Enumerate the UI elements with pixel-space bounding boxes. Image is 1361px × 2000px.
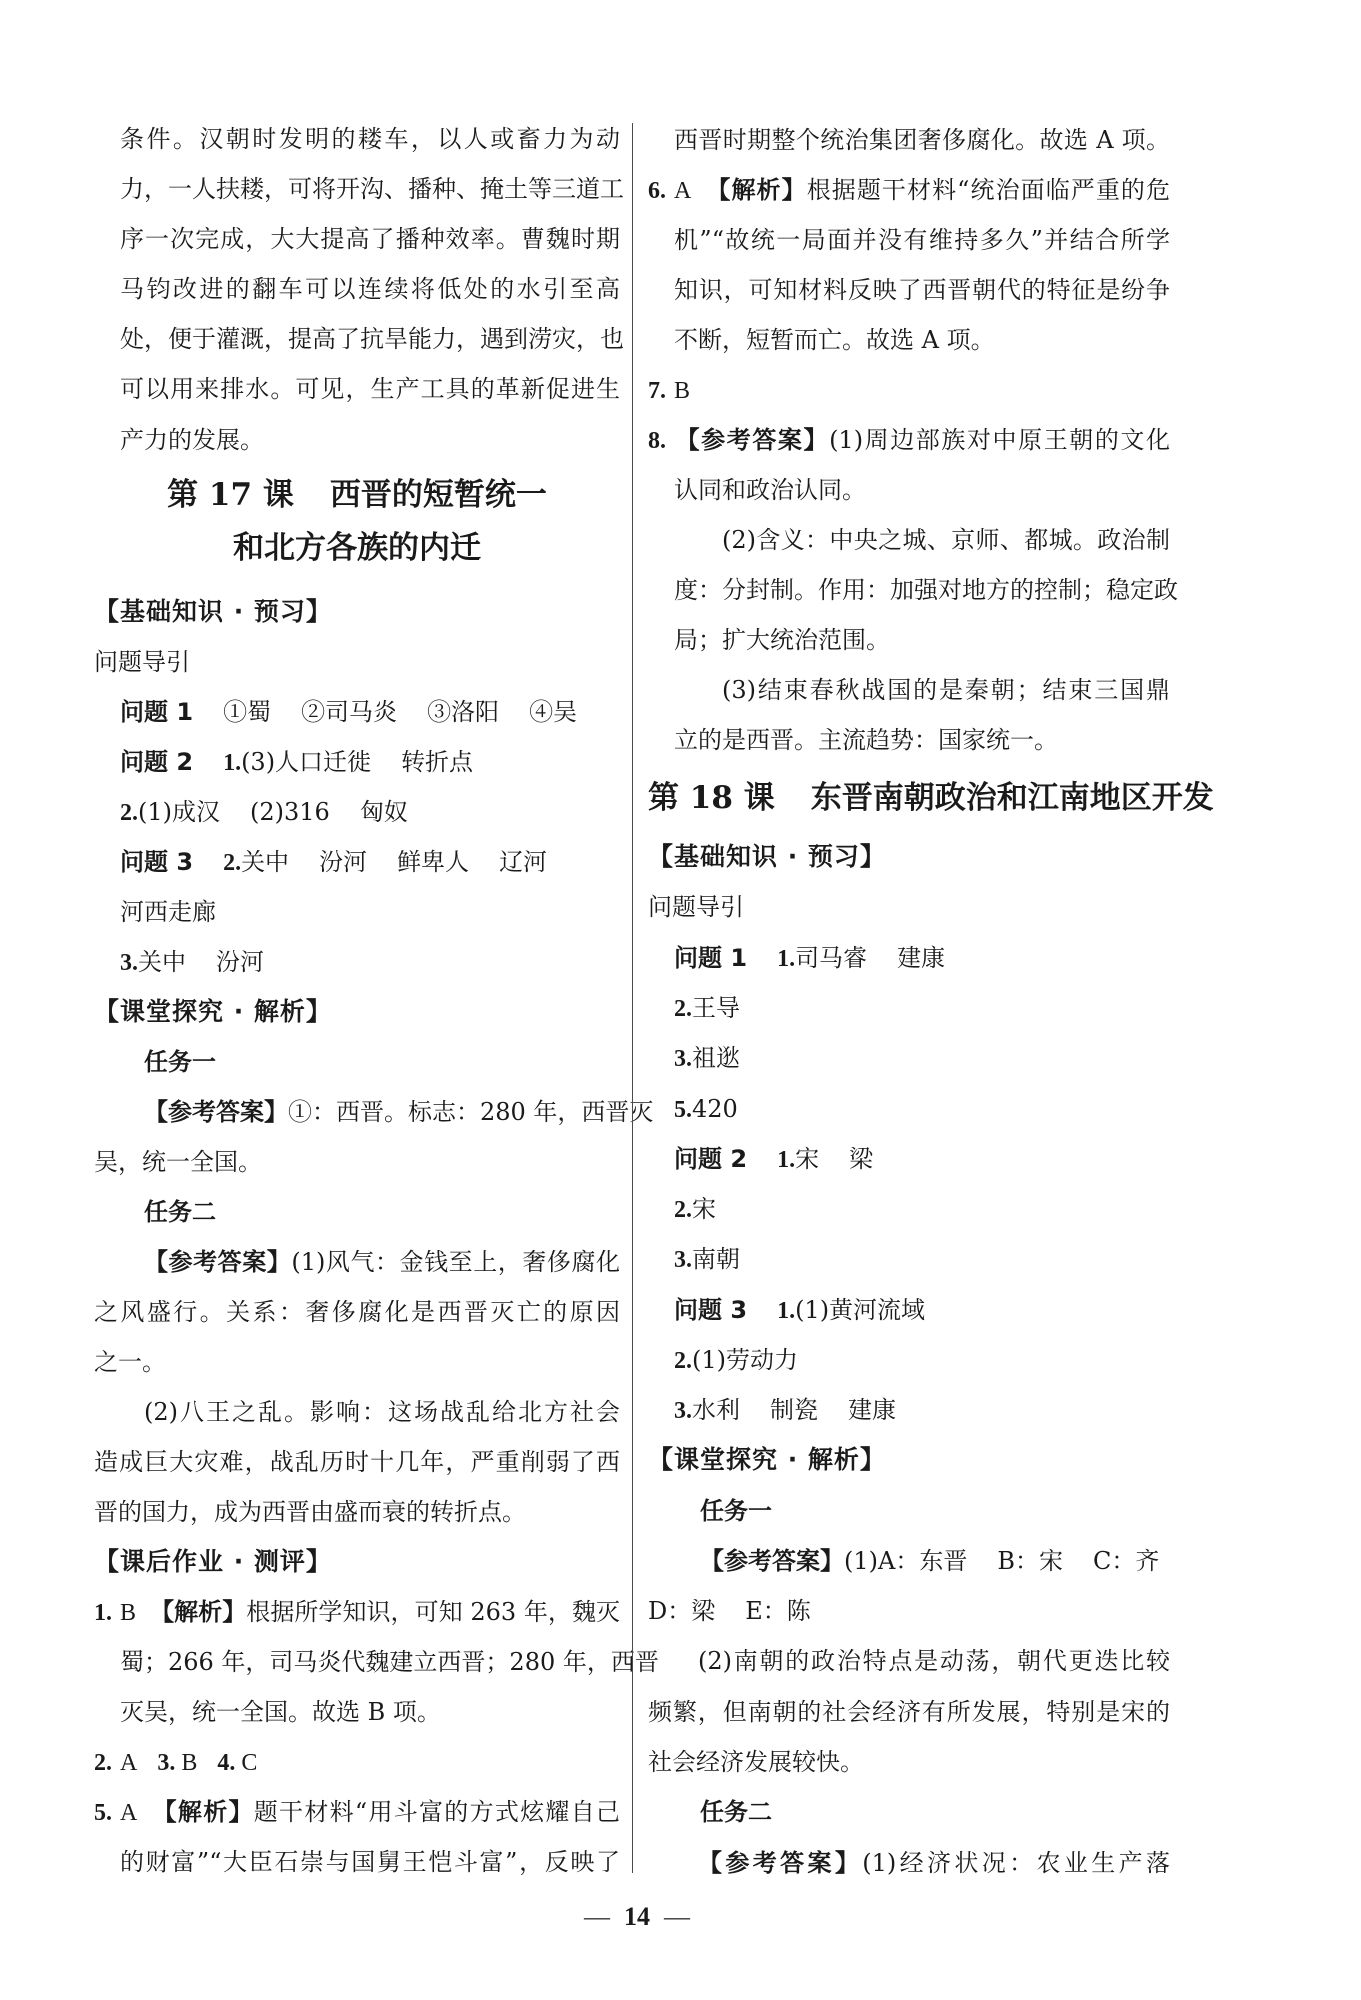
answer-item: 建康: [848, 1396, 896, 1424]
analysis-text: 题干材料“用斗富的方式炫耀自己: [254, 1798, 620, 1826]
answer-item: E：陈: [745, 1597, 811, 1625]
item-number: 2.: [674, 996, 692, 1022]
item-number: 3.: [674, 1247, 692, 1273]
question-2-line-2: 2.(1)成汉(2)316匈奴: [120, 787, 620, 837]
answer-item: ③洛阳: [427, 698, 499, 726]
item-number: 3.: [157, 1750, 175, 1776]
item-text: (1)劳动力: [692, 1346, 798, 1374]
homework-q6-line: 6.A【解析】根据题干材料“统治面临严重的危: [648, 165, 1170, 215]
analysis-text: 根据所学知识，可知 263 年，魏灭: [246, 1598, 620, 1626]
task-2-answer-line: 之风盛行。关系：奢侈腐化是西晋灭亡的原因: [94, 1287, 620, 1337]
question-1-line-2: 2.王导: [674, 983, 1170, 1033]
task-2-answer-line: 【参考答案】(1)经济状况：农业生产落: [648, 1838, 1170, 1888]
answer-item: 建康: [897, 944, 945, 972]
answer-tag: 【参考答案】: [700, 1547, 844, 1575]
homework-q8-line: 8.【参考答案】(1)周边部族对中原王朝的文化: [648, 415, 1170, 465]
item-text: 司马睿: [795, 944, 867, 972]
homework-q5-line: 的财富”“大臣石崇与国舅王恺斗富”，反映了: [120, 1837, 620, 1887]
answer-item: 3.水利: [674, 1396, 740, 1424]
lesson-17-title-line2: 和北方各族的内迁: [94, 523, 620, 573]
question-3-line: 问题 31.(1)黄河流域: [674, 1285, 1170, 1335]
question-2-line-2: 2.宋: [674, 1184, 1170, 1234]
answer-choice: C: [241, 1750, 257, 1776]
homework-q8-line: 立的是西晋。主流趋势：国家统一。: [674, 715, 1170, 765]
analysis-tag: 【解析】: [705, 176, 806, 204]
answer-item: ①蜀: [223, 698, 271, 726]
lesson-title-text: 东晋南朝政治和江南地区开发: [811, 780, 1214, 816]
task-1-label: 任务一: [144, 1037, 620, 1087]
item-number: 3.: [674, 1398, 692, 1424]
answer-choice: B: [120, 1600, 136, 1626]
question-guide-label: 问题导引: [648, 882, 1170, 932]
task-2-label: 任务二: [700, 1787, 1170, 1837]
answer-item: D：梁: [648, 1597, 715, 1625]
answer-text: ①：西晋。标志：280 年，西晋灭: [288, 1098, 653, 1126]
task-2-answer-line: 【参考答案】(1)风气：金钱至上，奢侈腐化: [94, 1237, 620, 1287]
lesson-title-text: 西晋的短暂统一: [330, 477, 547, 513]
question-2-line-3: 3.南朝: [674, 1234, 1170, 1284]
task-2-label: 任务二: [144, 1187, 620, 1237]
item-number: 4.: [217, 1750, 235, 1776]
answer-item: 汾河: [216, 948, 264, 976]
homework-q2-4-line: 2.A3.B4.C: [94, 1737, 620, 1787]
item-number: 2.: [674, 1348, 692, 1374]
task-1-answer-line: 【参考答案】①：西晋。标志：280 年，西晋灭: [94, 1087, 620, 1137]
item-number: 2.: [120, 800, 138, 826]
analysis-tag: 【解析】: [151, 1798, 253, 1826]
page-number-dash-right: —: [664, 1902, 690, 1931]
answer-item: (1)A：东晋: [844, 1547, 967, 1575]
answer-item: C：齐: [1093, 1547, 1159, 1575]
item-number: 8.: [648, 416, 674, 466]
column-divider: [632, 123, 633, 1873]
continuation-line: 序一次完成，大大提高了播种效率。曹魏时期: [120, 214, 620, 264]
task-2-answer-line: 之一。: [94, 1337, 620, 1387]
task-2-answer-line: 晋的国力，成为西晋由盛而衰的转折点。: [94, 1487, 620, 1537]
answer-tag: 【参考答案】: [698, 1849, 862, 1877]
answer-text: (1)周边部族对中原王朝的文化: [829, 426, 1170, 454]
homework-q1-line: 灭吴，统一全国。故选 B 项。: [120, 1687, 620, 1737]
homework-q8-line: (2)含义：中央之城、京师、都城。政治制: [674, 515, 1170, 565]
task-1-answer-line: D：梁E：陈: [648, 1586, 1170, 1636]
answer-choice: B: [181, 1750, 197, 1776]
task-2-answer-line: (2)八王之乱。影响：这场战乱给北方社会: [94, 1387, 620, 1437]
question-3-line-2: 2.(1)劳动力: [674, 1335, 1170, 1385]
continuation-line: 产力的发展。: [120, 415, 620, 465]
item-text: (3)人口迁徙: [241, 748, 371, 776]
item-number: 2.: [223, 850, 241, 876]
answer-item: (2)316: [250, 798, 330, 826]
answer-item: 1.(3)人口迁徙: [223, 748, 371, 776]
item-number: 7.: [648, 366, 674, 416]
item-number: 3.: [120, 950, 138, 976]
answer-choice: B: [674, 378, 690, 404]
page-number: —14—: [537, 1895, 737, 1939]
task-1-answer-line: (2)南朝的政治特点是动荡，朝代更迭比较: [648, 1636, 1170, 1686]
task-2-answer-line: 造成巨大灾难，战乱历时十几年，严重削弱了西: [94, 1437, 620, 1487]
homework-q8-line: 认同和政治认同。: [674, 465, 1170, 515]
analysis-tag: 【解析】: [150, 1598, 246, 1626]
item-text: 宋: [795, 1145, 819, 1173]
answer-item: 1.司马睿: [777, 944, 867, 972]
continuation-line: 处，便于灌溉，提高了抗旱能力，遇到涝灾，也: [120, 314, 620, 364]
continuation-line: 可以用来排水。可见，生产工具的革新促进生: [120, 364, 620, 414]
item-number: 3.: [674, 1046, 692, 1072]
continuation-line: 力，一人扶耧，可将开沟、播种、掩土等三道工: [120, 164, 620, 214]
task-1-answer-line: 频繁，但南朝的社会经济有所发展，特别是宋的: [648, 1687, 1170, 1737]
item-number: 1.: [777, 1147, 795, 1173]
question-2-line: 问题 21.宋梁: [674, 1134, 1170, 1184]
homework-q5-line: 5.A【解析】题干材料“用斗富的方式炫耀自己: [94, 1787, 620, 1837]
question-3-line: 问题 32.关中汾河鲜卑人辽河: [120, 837, 620, 887]
lesson-number: 第 17 课: [167, 477, 294, 513]
lesson-number: 第 18 课: [648, 780, 775, 816]
question-3-line-3: 3.关中汾河: [120, 937, 620, 987]
homework-q8-line: (3)结束春秋战国的是秦朝；结束三国鼎: [674, 665, 1170, 715]
item-text: 王导: [692, 994, 740, 1022]
question-1-line-3: 3.祖逖: [674, 1033, 1170, 1083]
answer-key-page: 条件。汉朝时发明的耧车，以人或畜力为动 力，一人扶耧，可将开沟、播种、掩土等三道…: [0, 0, 1361, 2000]
page-number-value: 14: [624, 1902, 650, 1931]
item-text: (1)黄河流域: [795, 1296, 925, 1324]
answer-item: 制瓷: [770, 1396, 818, 1424]
answer-item: 汾河: [319, 848, 367, 876]
answer-text: (1)经济状况：农业生产落: [862, 1849, 1170, 1877]
question-3-line-2: 河西走廊: [120, 887, 620, 937]
question-label: 问题 3: [674, 1296, 747, 1324]
question-1-line: 问题 1①蜀②司马炎③洛阳④吴: [120, 687, 620, 737]
item-number: 5.: [674, 1097, 692, 1123]
page-number-dash-left: —: [584, 1902, 610, 1931]
answer-tag: 【参考答案】: [674, 426, 829, 454]
item-text: 420: [692, 1095, 738, 1123]
homework-q5-continuation: 西晋时期整个统治集团奢侈腐化。故选 A 项。: [674, 115, 1170, 165]
item-number: 5.: [94, 1788, 120, 1838]
task-1-answer-line: 社会经济发展较快。: [648, 1737, 1170, 1787]
lesson-17-title: 第 17 课西晋的短暂统一: [94, 470, 620, 520]
question-label: 问题 1: [120, 698, 193, 726]
item-text: 水利: [692, 1396, 740, 1424]
homework-q6-line: 不断，短暂而亡。故选 A 项。: [674, 315, 1170, 365]
item-number: 2.: [94, 1738, 120, 1788]
answer-item: 1.宋: [777, 1145, 819, 1173]
answer-choice: A: [120, 1750, 137, 1776]
item-text: 祖逖: [692, 1044, 740, 1072]
homework-q6-line: 知识，可知材料反映了西晋朝代的特征是纷争: [674, 265, 1170, 315]
question-label: 问题 1: [674, 944, 747, 972]
answer-text: (1)风气：金钱至上，奢侈腐化: [291, 1248, 620, 1276]
analysis-text: 根据题干材料“统治面临严重的危: [807, 176, 1170, 204]
continuation-line: 条件。汉朝时发明的耧车，以人或畜力为动: [120, 114, 620, 164]
lesson-18-title: 第 18 课东晋南朝政治和江南地区开发: [648, 773, 1170, 823]
section-heading-homework: 【课后作业 · 测评】: [94, 1537, 620, 1587]
answer-tag: 【参考答案】: [144, 1248, 291, 1276]
item-text: 南朝: [692, 1245, 740, 1273]
question-2-line: 问题 21.(3)人口迁徙转折点: [120, 737, 620, 787]
homework-q8-line: 度：分封制。作用：加强对地方的控制；稳定政: [674, 565, 1170, 615]
answer-choice: A: [674, 178, 691, 204]
question-label: 问题 2: [674, 1145, 747, 1173]
homework-q1-line: 蜀；266 年，司马炎代魏建立西晋；280 年，西晋: [120, 1637, 620, 1687]
answer-item: ②司马炎: [301, 698, 397, 726]
item-number: 1.: [777, 1298, 795, 1324]
item-number: 2.: [674, 1197, 692, 1223]
question-1-line-4: 5.420: [674, 1084, 1170, 1134]
question-label: 问题 2: [120, 748, 193, 776]
item-text: 关中: [138, 948, 186, 976]
question-label: 问题 3: [120, 848, 193, 876]
item-number: 1.: [777, 946, 795, 972]
answer-item: 3.关中: [120, 948, 186, 976]
section-heading-preview: 【基础知识 · 预习】: [94, 587, 620, 637]
answer-item: 辽河: [499, 848, 547, 876]
item-text: 关中: [241, 848, 289, 876]
homework-q6-line: 机”“故统一局面并没有维持多久”并结合所学: [674, 215, 1170, 265]
section-heading-classroom: 【课堂探究 · 解析】: [94, 987, 620, 1037]
task-1-label: 任务一: [700, 1486, 1170, 1536]
task-1-answer-line: 【参考答案】(1)A：东晋B：宋C：齐: [700, 1536, 1170, 1586]
question-1-line: 问题 11.司马睿建康: [674, 933, 1170, 983]
homework-q8-line: 局；扩大统治范围。: [674, 615, 1170, 665]
item-number: 6.: [648, 166, 674, 216]
answer-item: ④吴: [529, 698, 577, 726]
item-text: (1)成汉: [138, 798, 220, 826]
question-3-line-3: 3.水利制瓷建康: [674, 1385, 1170, 1435]
item-number: 1.: [94, 1588, 120, 1638]
answer-item: 梁: [849, 1145, 873, 1173]
answer-choice: A: [120, 1800, 137, 1826]
answer-item: 鲜卑人: [397, 848, 469, 876]
homework-q7-line: 7.B: [648, 365, 1170, 415]
section-heading-classroom: 【课堂探究 · 解析】: [648, 1435, 1170, 1485]
answer-item: 转折点: [401, 748, 473, 776]
section-heading-preview: 【基础知识 · 预习】: [648, 832, 1170, 882]
answer-tag: 【参考答案】: [144, 1098, 288, 1126]
item-text: 宋: [692, 1195, 716, 1223]
answer-item: 2.关中: [223, 848, 289, 876]
continuation-line: 马钧改进的翻车可以连续将低处的水引至高: [120, 264, 620, 314]
task-1-answer-line: 吴，统一全国。: [94, 1137, 620, 1187]
homework-q1-line: 1.B【解析】根据所学知识，可知 263 年，魏灭: [94, 1587, 620, 1637]
item-number: 1.: [223, 750, 241, 776]
answer-item: 匈奴: [360, 798, 408, 826]
answer-item: B：宋: [997, 1547, 1063, 1575]
question-guide-label: 问题导引: [94, 637, 620, 687]
answer-item: 2.(1)成汉: [120, 798, 220, 826]
